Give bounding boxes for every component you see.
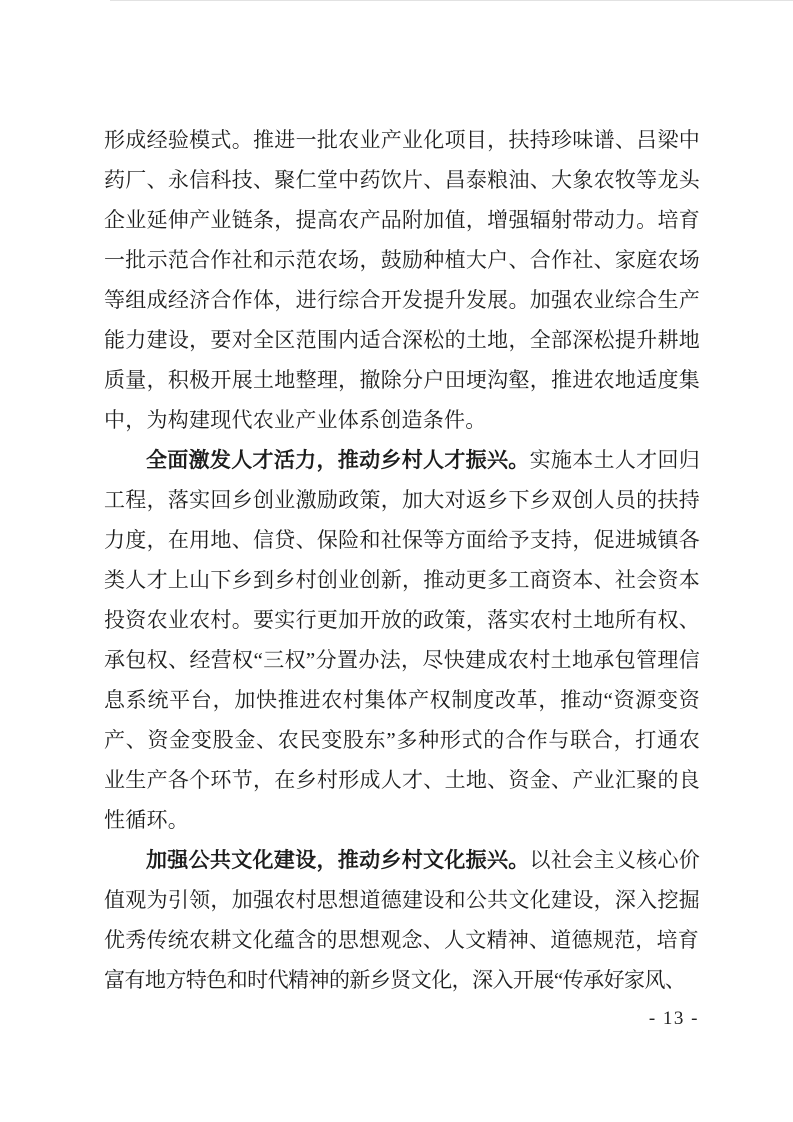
paragraph-talent-body: 实施本土人才回归工程，落实回乡创业激励政策，加大对返乡下乡双创人员的扶持力度，在… [104, 448, 700, 832]
paragraph-culture-body-tail: 富有地方特色和时代精神的新乡贤文化，深入开展“传承好家风、 [104, 960, 700, 1000]
paragraph-talent-heading: 全面激发人才活力，推动乡村人才振兴。 [146, 448, 530, 472]
paragraph-continued: 形成经验模式。推进一批农业产业化项目，扶持珍味谱、吕梁中药厂、永信科技、聚仁堂中… [104, 120, 700, 440]
document-page: 形成经验模式。推进一批农业产业化项目，扶持珍味谱、吕梁中药厂、永信科技、聚仁堂中… [0, 0, 793, 1122]
paragraph-culture-revitalization: 加强公共文化建设，推动乡村文化振兴。以社会主义核心价值观为引领，加强农村思想道德… [104, 840, 700, 960]
page-number: - 13 - [649, 1007, 699, 1031]
document-body: 形成经验模式。推进一批农业产业化项目，扶持珍味谱、吕梁中药厂、永信科技、聚仁堂中… [104, 120, 700, 1000]
paragraph-talent-revitalization: 全面激发人才活力，推动乡村人才振兴。实施本土人才回归工程，落实回乡创业激励政策，… [104, 440, 700, 840]
paragraph-continued-text: 形成经验模式。推进一批农业产业化项目，扶持珍味谱、吕梁中药厂、永信科技、聚仁堂中… [104, 128, 700, 432]
scan-edge-line [110, 0, 793, 1]
paragraph-culture-heading: 加强公共文化建设，推动乡村文化振兴。 [146, 848, 530, 872]
